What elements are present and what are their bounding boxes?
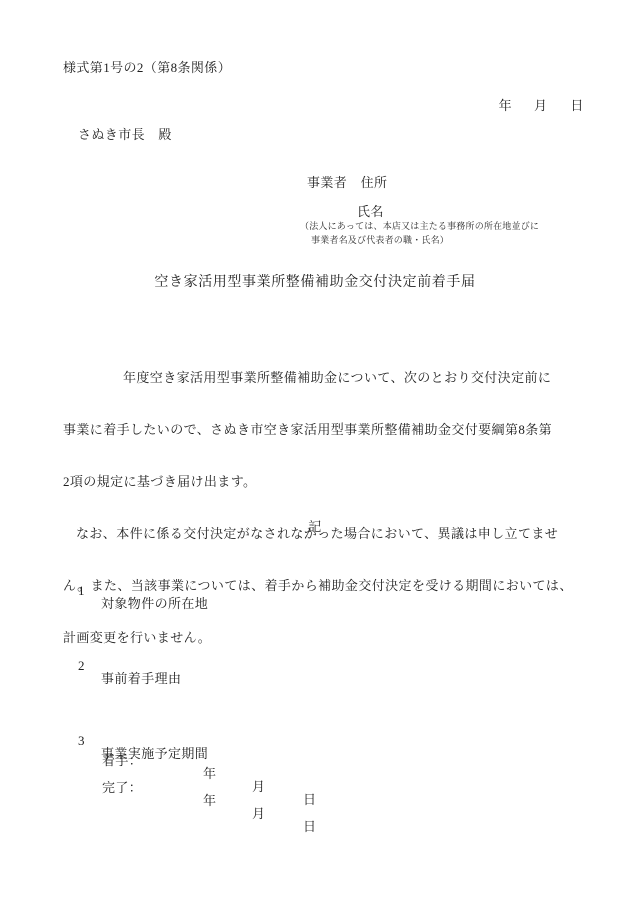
applicant-role-address-label: 事業者 住所: [307, 176, 387, 189]
document-page: 様式第1号の2（第8条関係） 年月日 さぬき市長 殿 事業者 住所 氏名 （法人…: [0, 0, 630, 903]
date-day-label: 日: [570, 98, 583, 113]
schedule-end-row: 完了： 年 月 日: [0, 768, 630, 782]
applicant-name-label: 氏名: [357, 205, 384, 218]
schedule-end-label: 完了：: [102, 781, 142, 794]
schedule-start-label: 着手：: [102, 754, 142, 767]
schedule-year-label: 年: [203, 794, 216, 807]
list-item-property-location: 1 対象物件の所在地: [0, 571, 630, 585]
body-paragraphs: 年度空き家活用型事業所整備補助金について、次のとおり交付決定前に 事業に着手した…: [63, 339, 569, 677]
item-label: 対象物件の所在地: [101, 597, 208, 610]
record-heading: 記: [0, 520, 630, 533]
schedule-month-label: 月: [252, 807, 265, 820]
paragraph1-line3: 2項の規定に基づき届け出ます。: [63, 469, 569, 495]
date-month-label: 月: [534, 98, 547, 113]
addressee: さぬき市長 殿: [78, 128, 172, 141]
date-line: 年月日: [484, 86, 584, 125]
item-number: 2: [78, 659, 85, 672]
document-title: 空き家活用型事業所整備補助金交付決定前着手届: [0, 276, 630, 290]
schedule-day-label: 日: [303, 793, 316, 806]
item-number: 1: [78, 584, 85, 597]
corporate-note-line1: （法人にあっては、本店又は主たる事務所の所在地並びに: [300, 222, 539, 231]
form-number: 様式第1号の2（第8条関係）: [63, 61, 231, 74]
item-label: 事前着手理由: [101, 672, 181, 685]
paragraph1-line2: 事業に着手したいので、さぬき市空き家活用型事業所整備補助金交付要綱第8条第: [63, 417, 569, 443]
corporate-note-line2: 事業者名及び代表者の職・氏名）: [311, 236, 449, 245]
paragraph1-line1: 年度空き家活用型事業所整備補助金について、次のとおり交付決定前に: [63, 365, 569, 391]
date-year-label: 年: [499, 98, 512, 113]
schedule-start-row: 着手： 年 月 日: [0, 741, 630, 755]
list-item-advance-start-reason: 2 事前着手理由: [0, 646, 630, 660]
schedule-day-label: 日: [303, 820, 316, 833]
list-item-project-period: 3 事業実施予定期間: [0, 721, 630, 735]
